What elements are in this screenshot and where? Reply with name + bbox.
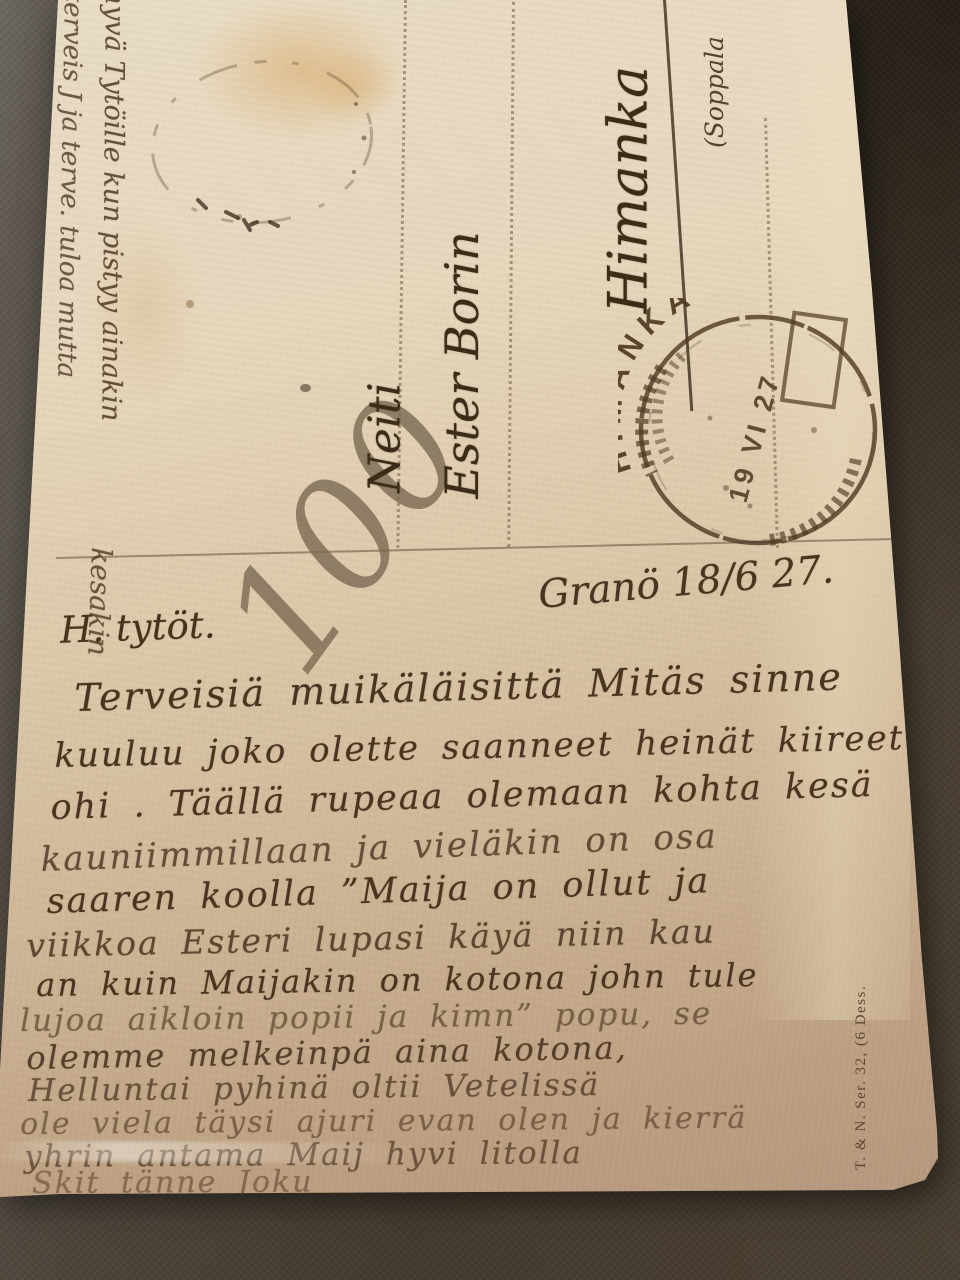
message-line: Skit tänne Joku — [32, 1165, 314, 1201]
message-line: Terveisiä muikäläisittä Mitäs sinne — [74, 655, 843, 720]
address-line-neiti: Neiti — [360, 343, 411, 533]
address-line-town: Himanka — [597, 40, 660, 340]
margin-note: terveis J ja terve. tuloa mutta — [51, 0, 88, 378]
margin-note: hyvä Tytöille kun pistyy ainakin — [95, 0, 130, 421]
publisher-imprint: T. & N. Ser. 32, (6 Dess. — [853, 985, 870, 1170]
salutation: H. tytöt. — [59, 603, 216, 651]
address-line-name: Ester Borin — [435, 200, 489, 530]
postmark-date: 19 VI 27 — [723, 370, 786, 506]
faded-stamp-ring — [140, 50, 390, 240]
ink-speck — [186, 300, 194, 308]
postcard-back: hyvä Tytöille kun pistyy ainakinterveis … — [0, 0, 960, 1280]
postcard-photo: hyvä Tytöille kun pistyy ainakinterveis … — [0, 0, 960, 1280]
address-ruled-line — [507, 2, 515, 547]
himanka-postmark: HIMANKA 19 VI 27 — [618, 298, 908, 578]
glossy-reflection — [0, 1141, 420, 1163]
ink-speck — [300, 384, 311, 392]
postcard-wrap: hyvä Tytöille kun pistyy ainakinterveis … — [0, 0, 960, 1280]
corner-note: (Soppala — [700, 36, 729, 148]
